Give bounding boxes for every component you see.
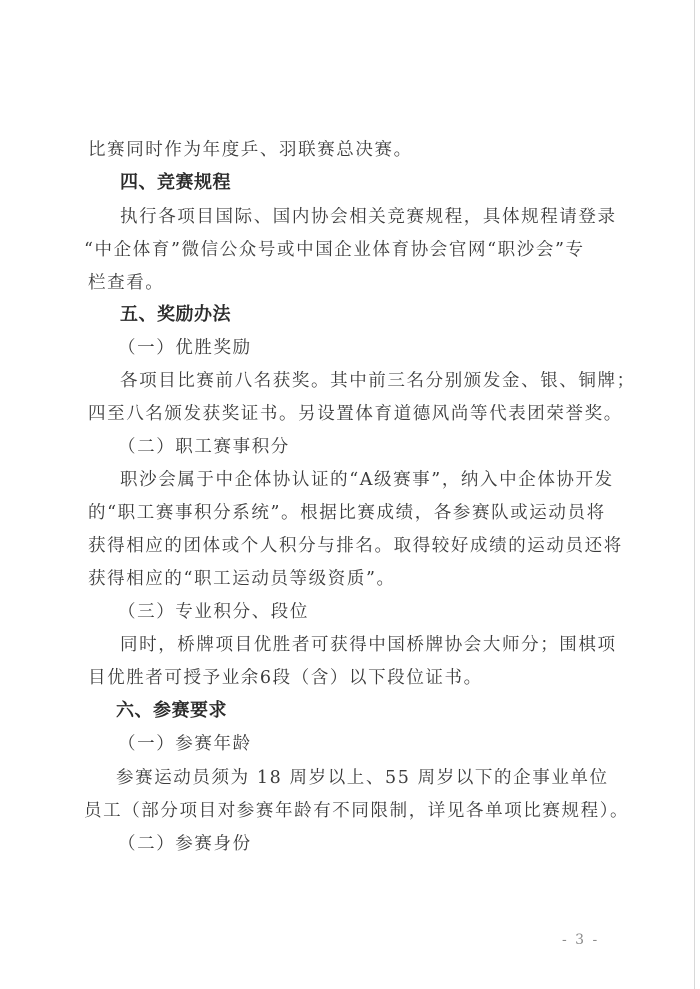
body-line: 目优胜者可授予业余6段（含）以下段位证书。 (88, 666, 483, 690)
body-line: 职沙会属于中企体协认证的“A级赛事”，纳入中企体协开发 (120, 468, 614, 492)
subsection-heading-event-points: （二）职工赛事积分 (118, 435, 290, 459)
body-line: 执行各项目国际、国内协会相关竞赛规程，具体规程请登录 (120, 205, 617, 229)
body-line: 比赛同时作为年度乒、羽联赛总决赛。 (88, 138, 413, 162)
subsection-heading-professional-points: （三）专业积分、段位 (118, 600, 309, 624)
body-line: 的“职工赛事积分系统”。根据比赛成绩，各参赛队或运动员将 (88, 501, 606, 525)
body-line: 四至八名颁发获奖证书。另设置体育道德风尚等代表团荣誉奖。 (88, 402, 623, 426)
body-line: 各项目比赛前八名获奖。其中前三名分别颁发金、银、铜牌； (120, 369, 636, 393)
body-line: 参赛运动员须为 18 周岁以上、55 周岁以下的企事业单位 (116, 766, 609, 790)
body-line: 获得相应的“职工运动员等级资质”。 (88, 567, 396, 591)
subsection-heading-age: （一）参赛年龄 (118, 732, 252, 756)
body-line: “中企体育”微信公众号或中国企业体育协会官网“职沙会”专 (84, 238, 585, 262)
body-line: 栏查看。 (88, 271, 164, 295)
page-edge-line (694, 0, 695, 989)
body-line: 员工（部分项目对参赛年龄有不同限制，详见各单项比赛规程）。 (84, 799, 629, 823)
subsection-heading-identity: （二）参赛身份 (118, 832, 252, 856)
page-number: - 3 - (562, 932, 599, 948)
subsection-heading-winner-awards: （一）优胜奖励 (118, 336, 252, 360)
section-heading-requirements: 六、参赛要求 (116, 699, 227, 723)
section-heading-competition-rules: 四、竞赛规程 (120, 171, 231, 195)
body-line: 同时，桥牌项目优胜者可获得中国桥牌协会大师分；围棋项 (120, 633, 617, 657)
section-heading-rewards: 五、奖励办法 (120, 303, 231, 327)
body-line: 获得相应的团体或个人积分与排名。取得较好成绩的运动员还将 (88, 534, 623, 558)
